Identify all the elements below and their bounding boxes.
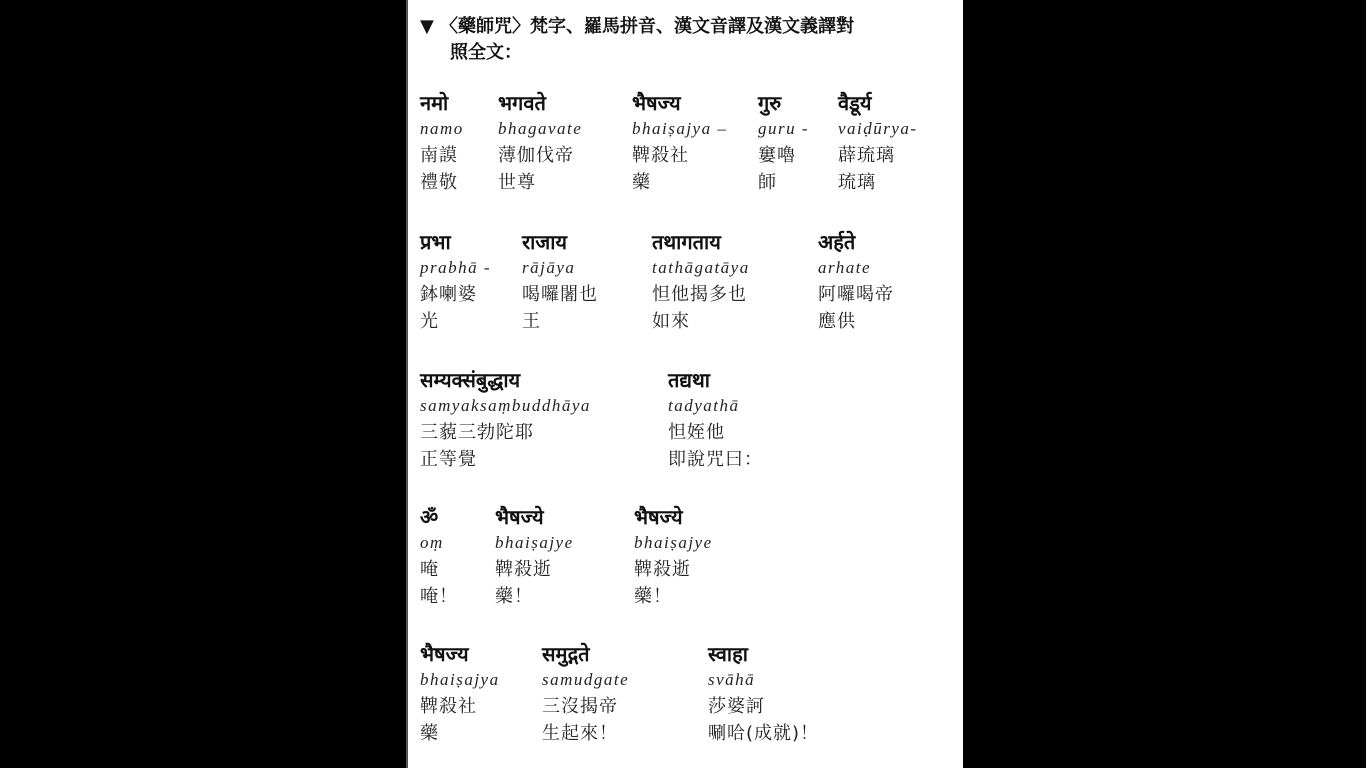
phonetic-text: 鉢喇婆: [420, 281, 491, 308]
meaning-text: 琉璃: [838, 169, 918, 196]
phonetic-text: 阿囉喝帝: [818, 281, 894, 308]
siddham-text: भैषज्ये: [634, 504, 713, 530]
siddham-text: नमो: [420, 90, 464, 116]
phonetic-text: 鞞殺逝: [634, 556, 713, 583]
title-line-1: 〈藥師咒〉梵字、羅馬拼音、漢文音譯及漢文義譯對: [440, 16, 854, 37]
phonetic-text: 怛他揭多也: [652, 281, 750, 308]
siddham-text: राजाय: [522, 229, 598, 255]
meaning-text: 生起來！: [542, 720, 629, 747]
siddham-text: सम्यक्संबुद्धाय: [420, 367, 591, 393]
siddham-text: तथागताय: [652, 229, 750, 255]
mantra-column: भैषज्य bhaiṣajya – 鞞殺社 藥: [632, 90, 727, 196]
siddham-text: प्रभा: [420, 229, 491, 255]
phonetic-text: 窶嚕: [758, 142, 809, 169]
meaning-text: 唰哈(成就)！: [708, 720, 819, 747]
phonetic-text: 怛姪他: [668, 419, 763, 446]
title-line-2: 照全文：: [420, 40, 950, 66]
siddham-text: तद्यथा: [668, 367, 763, 393]
roman-text: bhagavate: [498, 116, 582, 142]
roman-text: tadyathā: [668, 393, 763, 419]
siddham-text: भैषज्ये: [495, 504, 574, 530]
meaning-text: 即說咒曰：: [668, 446, 763, 473]
phonetic-text: 三沒揭帝: [542, 693, 629, 720]
mantra-column: भैषज्ये bhaiṣajye 鞞殺逝 藥！: [495, 504, 574, 610]
phonetic-text: 喝囉闍也: [522, 281, 598, 308]
phonetic-text: 南謨: [420, 142, 464, 169]
meaning-text: 藥: [632, 169, 727, 196]
mantra-column: सम्यक्संबुद्धाय samyaksaṃbuddhāya 三藐三勃陀耶…: [420, 367, 591, 473]
roman-text: vaiḍūrya-: [838, 116, 918, 142]
roman-text: guru -: [758, 116, 809, 142]
roman-text: tathāgatāya: [652, 255, 750, 281]
mantra-column: नमो namo 南謨 禮敬: [420, 90, 464, 196]
siddham-text: वैडूर्य: [838, 90, 918, 116]
meaning-text: 如來: [652, 308, 750, 335]
roman-text: svāhā: [708, 667, 819, 693]
siddham-text: भगवते: [498, 90, 582, 116]
triangle-marker-icon: ▼: [420, 14, 440, 40]
meaning-text: 光: [420, 308, 491, 335]
siddham-text: ॐ: [420, 504, 458, 530]
mantra-column: तथागताय tathāgatāya 怛他揭多也 如來: [652, 229, 750, 335]
phonetic-text: 薜琉璃: [838, 142, 918, 169]
mantra-column: प्रभा prabhā - 鉢喇婆 光: [420, 229, 491, 335]
meaning-text: 應供: [818, 308, 894, 335]
siddham-text: भैषज्य: [632, 90, 727, 116]
mantra-column: गुरु guru - 窶嚕 師: [758, 90, 809, 196]
meaning-text: 唵！: [420, 583, 458, 610]
meaning-text: 王: [522, 308, 598, 335]
phonetic-text: 鞞殺社: [420, 693, 500, 720]
phonetic-text: 三藐三勃陀耶: [420, 419, 591, 446]
document-page: ▼〈藥師咒〉梵字、羅馬拼音、漢文音譯及漢文義譯對 照全文： नमो namo 南…: [406, 0, 963, 768]
roman-text: bhaiṣajya: [420, 667, 500, 693]
roman-text: rājāya: [522, 255, 598, 281]
meaning-text: 世尊: [498, 169, 582, 196]
roman-text: arhate: [818, 255, 894, 281]
siddham-text: स्वाहा: [708, 641, 819, 667]
siddham-text: अर्हते: [818, 229, 894, 255]
meaning-text: 師: [758, 169, 809, 196]
mantra-column: स्वाहा svāhā 莎婆訶 唰哈(成就)！: [708, 641, 819, 747]
roman-text: samudgate: [542, 667, 629, 693]
mantra-column: अर्हते arhate 阿囉喝帝 應供: [818, 229, 894, 335]
phonetic-text: 鞞殺逝: [495, 556, 574, 583]
roman-text: bhaiṣajya –: [632, 116, 727, 142]
roman-text: bhaiṣajye: [634, 530, 713, 556]
roman-text: prabhā -: [420, 255, 491, 281]
meaning-text: 藥！: [634, 583, 713, 610]
mantra-column: राजाय rājāya 喝囉闍也 王: [522, 229, 598, 335]
siddham-text: गुरु: [758, 90, 809, 116]
phonetic-text: 莎婆訶: [708, 693, 819, 720]
mantra-column: तद्यथा tadyathā 怛姪他 即說咒曰：: [668, 367, 763, 473]
phonetic-text: 薄伽伐帝: [498, 142, 582, 169]
mantra-column: भैषज्य bhaiṣajya 鞞殺社 藥: [420, 641, 500, 747]
siddham-text: भैषज्य: [420, 641, 500, 667]
meaning-text: 藥！: [495, 583, 574, 610]
roman-text: samyaksaṃbuddhāya: [420, 393, 591, 419]
mantra-column: वैडूर्य vaiḍūrya- 薜琉璃 琉璃: [838, 90, 918, 196]
mantra-column: समुद्गते samudgate 三沒揭帝 生起來！: [542, 641, 629, 747]
meaning-text: 正等覺: [420, 446, 591, 473]
phonetic-text: 唵: [420, 556, 458, 583]
meaning-text: 藥: [420, 720, 500, 747]
siddham-text: समुद्गते: [542, 641, 629, 667]
roman-text: oṃ: [420, 530, 458, 556]
page-title: ▼〈藥師咒〉梵字、羅馬拼音、漢文音譯及漢文義譯對 照全文：: [420, 14, 950, 66]
roman-text: bhaiṣajye: [495, 530, 574, 556]
mantra-column: भगवते bhagavate 薄伽伐帝 世尊: [498, 90, 582, 196]
meaning-text: 禮敬: [420, 169, 464, 196]
phonetic-text: 鞞殺社: [632, 142, 727, 169]
mantra-column: ॐ oṃ 唵 唵！: [420, 504, 458, 610]
mantra-column: भैषज्ये bhaiṣajye 鞞殺逝 藥！: [634, 504, 713, 610]
roman-text: namo: [420, 116, 464, 142]
